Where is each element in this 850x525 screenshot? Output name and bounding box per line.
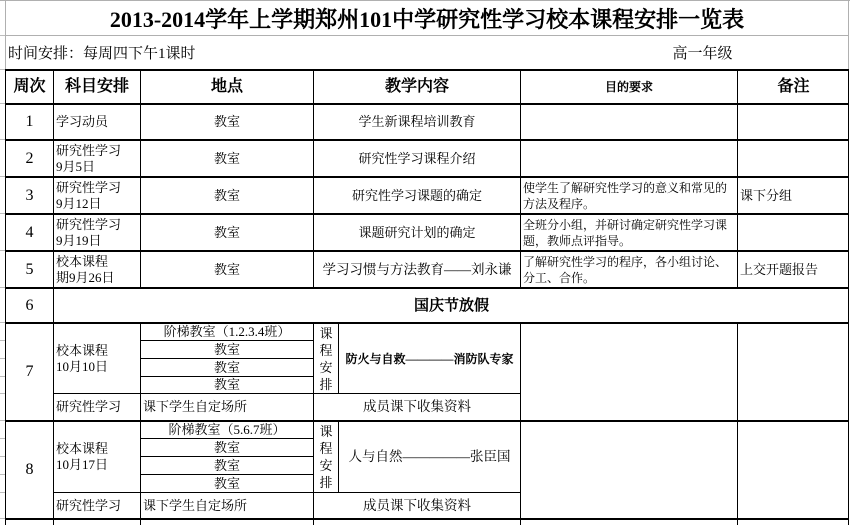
holiday-cell: 国庆节放假: [53, 287, 849, 322]
gridline-stub: [0, 213, 5, 214]
gridline-stub: [0, 69, 5, 70]
col-header-remark: 备注: [737, 69, 849, 103]
cell-location2: 课下学生自定场所: [140, 393, 313, 420]
cell-remark: 上交开题报告: [737, 250, 849, 287]
partial-row-cell: [520, 518, 737, 525]
col-header-subject: 科目安排: [53, 69, 140, 103]
col-header-location: 地点: [140, 69, 313, 103]
cell-location2: 课下学生自定场所: [140, 492, 313, 518]
cell-purpose: [520, 103, 737, 139]
cell-location-row: 教室: [140, 340, 313, 358]
partial-row-cell: [313, 518, 520, 525]
cell-week: 6: [5, 287, 53, 322]
gridline-stub: [0, 438, 5, 439]
page-title: 2013-2014学年上学期郑州101中学研究性学习校本课程安排一览表: [5, 1, 849, 35]
cell-remark: [737, 213, 849, 250]
cell-week: 2: [5, 139, 53, 176]
partial-row-cell: [737, 518, 849, 525]
cell-location-row: 教室: [140, 358, 313, 376]
cell-remark: [737, 322, 849, 420]
cell-location-row: 教室: [140, 456, 313, 474]
cell-purpose: [520, 322, 737, 420]
cell-subject2: 研究性学习: [53, 492, 140, 518]
gridline-stub: [0, 376, 5, 377]
cell-content2: 成员课下收集资料: [313, 492, 520, 518]
col-header-content: 教学内容: [313, 69, 520, 103]
gridline-stub: [0, 456, 5, 457]
cell-content: 防火与自救————消防队专家: [338, 322, 520, 393]
cell-location: 教室: [140, 250, 313, 287]
cell-subject: 研究性学习 9月12日: [53, 176, 140, 213]
cell-location-row: 教室: [140, 474, 313, 492]
gridline-stub: [0, 287, 5, 288]
cell-subject: 学习动员: [53, 103, 140, 139]
cell-purpose: 了解研究性学习的程序，各小组讨论、分工、合作。: [520, 250, 737, 287]
grade-label: 高一年级: [600, 35, 805, 69]
cell-content: 研究性学习课程介绍: [313, 139, 520, 176]
cell-purpose: 全班分小组，并研讨确定研究性学习课题，教师点评指导。: [520, 213, 737, 250]
gridline-stub: [0, 474, 5, 475]
gridline-stub: [0, 358, 5, 359]
cell-subject: 研究性学习 9月19日: [53, 213, 140, 250]
gridline-stub: [0, 103, 5, 104]
col-header-purpose: 目的要求: [520, 69, 737, 103]
partial-row-cell: [140, 518, 313, 525]
cell-location: 教室: [140, 213, 313, 250]
gridline-stub: [0, 250, 5, 251]
cell-week: 8: [5, 420, 53, 518]
cell-content: 学生新课程培训教育: [313, 103, 520, 139]
cell-content: 研究性学习课题的确定: [313, 176, 520, 213]
cell-subject: 校本课程 10月17日: [53, 420, 140, 492]
cell-week: 3: [5, 176, 53, 213]
gridline-stub: [0, 340, 5, 341]
cell-subject: 研究性学习 9月5日: [53, 139, 140, 176]
cell-remark: [737, 103, 849, 139]
cell-purpose: [520, 139, 737, 176]
side-label-cell: 课程安排: [313, 420, 338, 492]
cell-subject: 校本课程 10月10日: [53, 322, 140, 393]
cell-content: 人与自然—————张臣国: [338, 420, 520, 492]
cell-location-row: 阶梯教室（5.6.7班）: [140, 420, 313, 438]
gridline-stub: [0, 518, 5, 519]
cell-location-row: 教室: [140, 376, 313, 393]
partial-row-cell: [5, 518, 53, 525]
cell-purpose: 使学生了解研究性学习的意义和常见的方法及程序。: [520, 176, 737, 213]
cell-subject: 校本课程 期9月26日: [53, 250, 140, 287]
cell-remark: 课下分组: [737, 176, 849, 213]
col-header-week: 周次: [5, 69, 53, 103]
schedule-note: 时间安排：每周四下午1课时: [8, 35, 196, 69]
gridline-stub: [0, 35, 5, 36]
cell-week: 4: [5, 213, 53, 250]
cell-location: 教室: [140, 103, 313, 139]
gridline-stub: [0, 393, 5, 394]
cell-week: 1: [5, 103, 53, 139]
cell-location-row: 教室: [140, 438, 313, 456]
gridline-stub: [0, 322, 5, 323]
cell-remark: [737, 139, 849, 176]
cell-week: 5: [5, 250, 53, 287]
cell-content2: 成员课下收集资料: [313, 393, 520, 420]
cell-remark: [737, 420, 849, 518]
gridline-stub: [0, 492, 5, 493]
cell-subject2: 研究性学习: [53, 393, 140, 420]
cell-location: 教室: [140, 139, 313, 176]
gridline-stub: [0, 420, 5, 421]
cell-content: 学习习惯与方法教育——刘永谦: [313, 250, 520, 287]
cell-content: 课题研究计划的确定: [313, 213, 520, 250]
gridline-stub: [0, 139, 5, 140]
gridline-stub: [0, 176, 5, 177]
cell-location: 教室: [140, 176, 313, 213]
cell-location-row: 阶梯教室（1.2.3.4班）: [140, 322, 313, 340]
side-label-cell: 课程安排: [313, 322, 338, 393]
partial-row-cell: [53, 518, 140, 525]
cell-week: 7: [5, 322, 53, 420]
spreadsheet-page: 2013-2014学年上学期郑州101中学研究性学习校本课程安排一览表 时间安排…: [0, 0, 850, 525]
cell-purpose: [520, 420, 737, 518]
